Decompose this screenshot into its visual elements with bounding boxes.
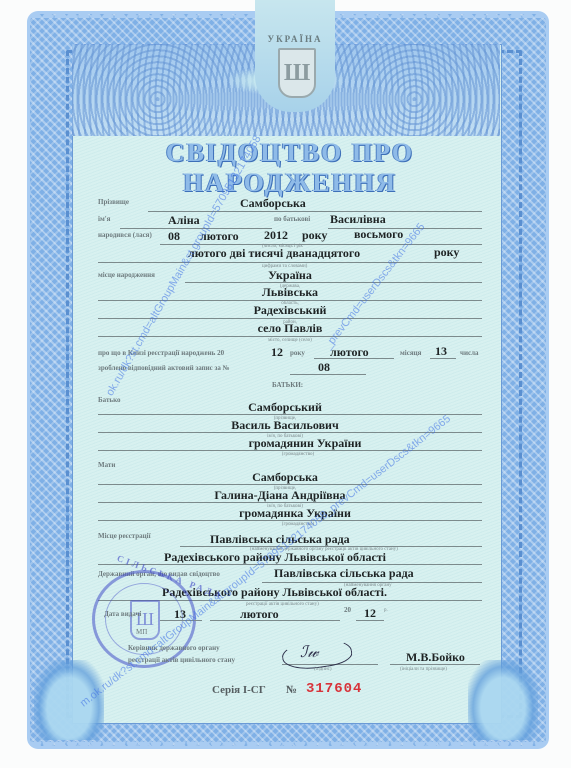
serial-number-symbol: № (286, 684, 297, 696)
patronymic-label: по батькові (274, 215, 310, 223)
signature-scrawl: ℐ𝓌 (300, 642, 319, 662)
bird-ornament-right-icon (468, 660, 538, 740)
surname-label: Прізвище (98, 198, 129, 206)
parents-heading: БАТЬКИ: (272, 381, 303, 389)
stamp-place: МП (136, 628, 147, 636)
issue-year-abbr: р. (384, 608, 388, 613)
official-name: М.В.Бойко (406, 650, 465, 665)
registry-place-label: Місце реєстрації (98, 532, 151, 540)
birthplace-district: Радехівський (230, 303, 350, 318)
registration-month: лютого (330, 345, 369, 360)
frame-scallop-bottom (30, 742, 546, 754)
issue-year-prefix: 20 (344, 606, 351, 614)
mother-surname: Самборська (220, 470, 350, 485)
mother-citizenship: громадянка України (210, 506, 380, 521)
patronymic-line (328, 228, 482, 229)
document-title: СВІДОЦТВО ПРО НАРОДЖЕННЯ (120, 138, 460, 198)
birth-words-line2: лютого дві тисячі дванадцятого (188, 246, 360, 261)
father-name: Василь Васильович (200, 418, 370, 433)
country-label: УКРАЇНА (255, 34, 335, 44)
patronymic-value: Василівна (330, 212, 386, 227)
issue-year-suffix: 12 (364, 606, 376, 621)
born-label: народився (лася) (98, 231, 152, 239)
father-surname: Самборський (220, 400, 350, 415)
registration-day: 13 (435, 344, 447, 359)
birth-year-value: 2012 (264, 228, 288, 243)
father-citizenship-hint: (громадянство) (268, 452, 328, 457)
birthplace-country: Україна (240, 268, 340, 283)
birthplace-locality-line (98, 336, 482, 337)
issuer-line1: Павлівська сільська рада (274, 566, 414, 581)
name-label: ім'я (98, 215, 110, 223)
birth-day-value: 08 (168, 229, 180, 244)
trident-icon: Ш (278, 48, 316, 98)
book-text: про що в Книзі реєстрації народжень 20 (98, 349, 224, 357)
birth-words-line2-end: року (434, 245, 459, 260)
issue-month: лютого (240, 607, 279, 622)
registration-year-word: року (290, 349, 305, 357)
birth-words-line (98, 262, 482, 263)
name-value: Аліна (168, 213, 200, 228)
issue-date-label: Дата видачі (104, 610, 141, 618)
name-line (120, 228, 272, 229)
mother-label: Мати (98, 461, 115, 469)
surname-line (148, 211, 482, 212)
signature-hint: (підпис) (314, 667, 332, 672)
serial-number: 317604 (306, 681, 362, 697)
registration-year-suffix: 12 (271, 345, 283, 360)
official-name-hint: (ініціали та прізвище) (400, 667, 447, 672)
registration-day-word: числа (460, 349, 479, 357)
registration-month-word: місяця (400, 349, 421, 357)
birthplace-region: Львівська (240, 285, 340, 300)
birthplace-locality-hint: місто, селище (село) (250, 338, 330, 343)
birth-words-line1: восьмого (354, 227, 403, 242)
birthplace-label: місце народження (98, 271, 155, 279)
birth-year-word: року (302, 228, 327, 243)
father-citizenship: громадянин України (220, 436, 390, 451)
serial-label: Серія І-СГ (212, 684, 266, 696)
record-number: 08 (318, 360, 330, 375)
father-label: Батько (98, 396, 121, 404)
surname-value: Самборська (240, 196, 306, 211)
